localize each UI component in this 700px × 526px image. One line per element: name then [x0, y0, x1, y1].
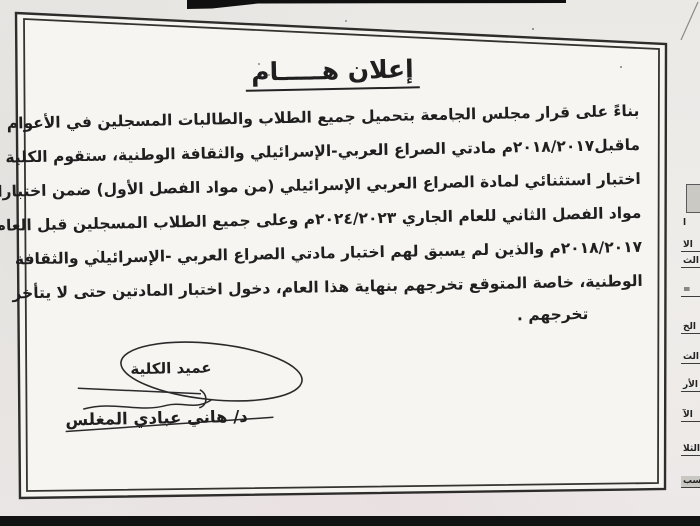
edge-fragment: ا	[681, 218, 700, 229]
edge-fragment: الثلا	[681, 444, 700, 456]
signature-line-1	[78, 386, 201, 396]
edge-fragment: الآ	[681, 410, 700, 422]
adjacent-page-fragments: ا الا الث = الخ الث الأر الآ الثلا السب	[676, 182, 700, 526]
announcement-body: بناءً على قرار مجلس الجامعة بتحميل جميع …	[27, 94, 644, 340]
scan-crease-line	[681, 2, 698, 40]
edge-fragment: الث	[681, 352, 700, 364]
signature-strokes	[54, 336, 326, 446]
signature-block: عميد الكلية د/ هاني عبادي المغلس	[32, 330, 646, 447]
edge-fragment: الخ	[681, 322, 700, 334]
edge-fragment: السب	[681, 476, 700, 488]
signature-role: عميد الكلية	[130, 359, 212, 379]
scanned-announcement-page: إعلان هـــــام بناءً على قرار مجلس الجام…	[0, 0, 700, 526]
scan-edge-bottom-bar	[0, 516, 700, 526]
edge-fragment: الأر	[681, 380, 700, 392]
edge-fragment: الث	[681, 256, 700, 268]
edge-fragment: الا	[681, 240, 700, 252]
announcement-title: إعلان هـــــام	[245, 54, 420, 91]
edge-fragment: =	[681, 285, 700, 297]
fragment-grey-box	[686, 184, 700, 213]
scan-edge-top-bar	[187, 0, 566, 9]
scan-noise-specks	[0, 0, 2, 2]
announcement-content: إعلان هـــــام بناءً على قرار مجلس الجام…	[26, 46, 646, 447]
signature-name: د/ هاني عبادي المغلس	[65, 407, 248, 430]
